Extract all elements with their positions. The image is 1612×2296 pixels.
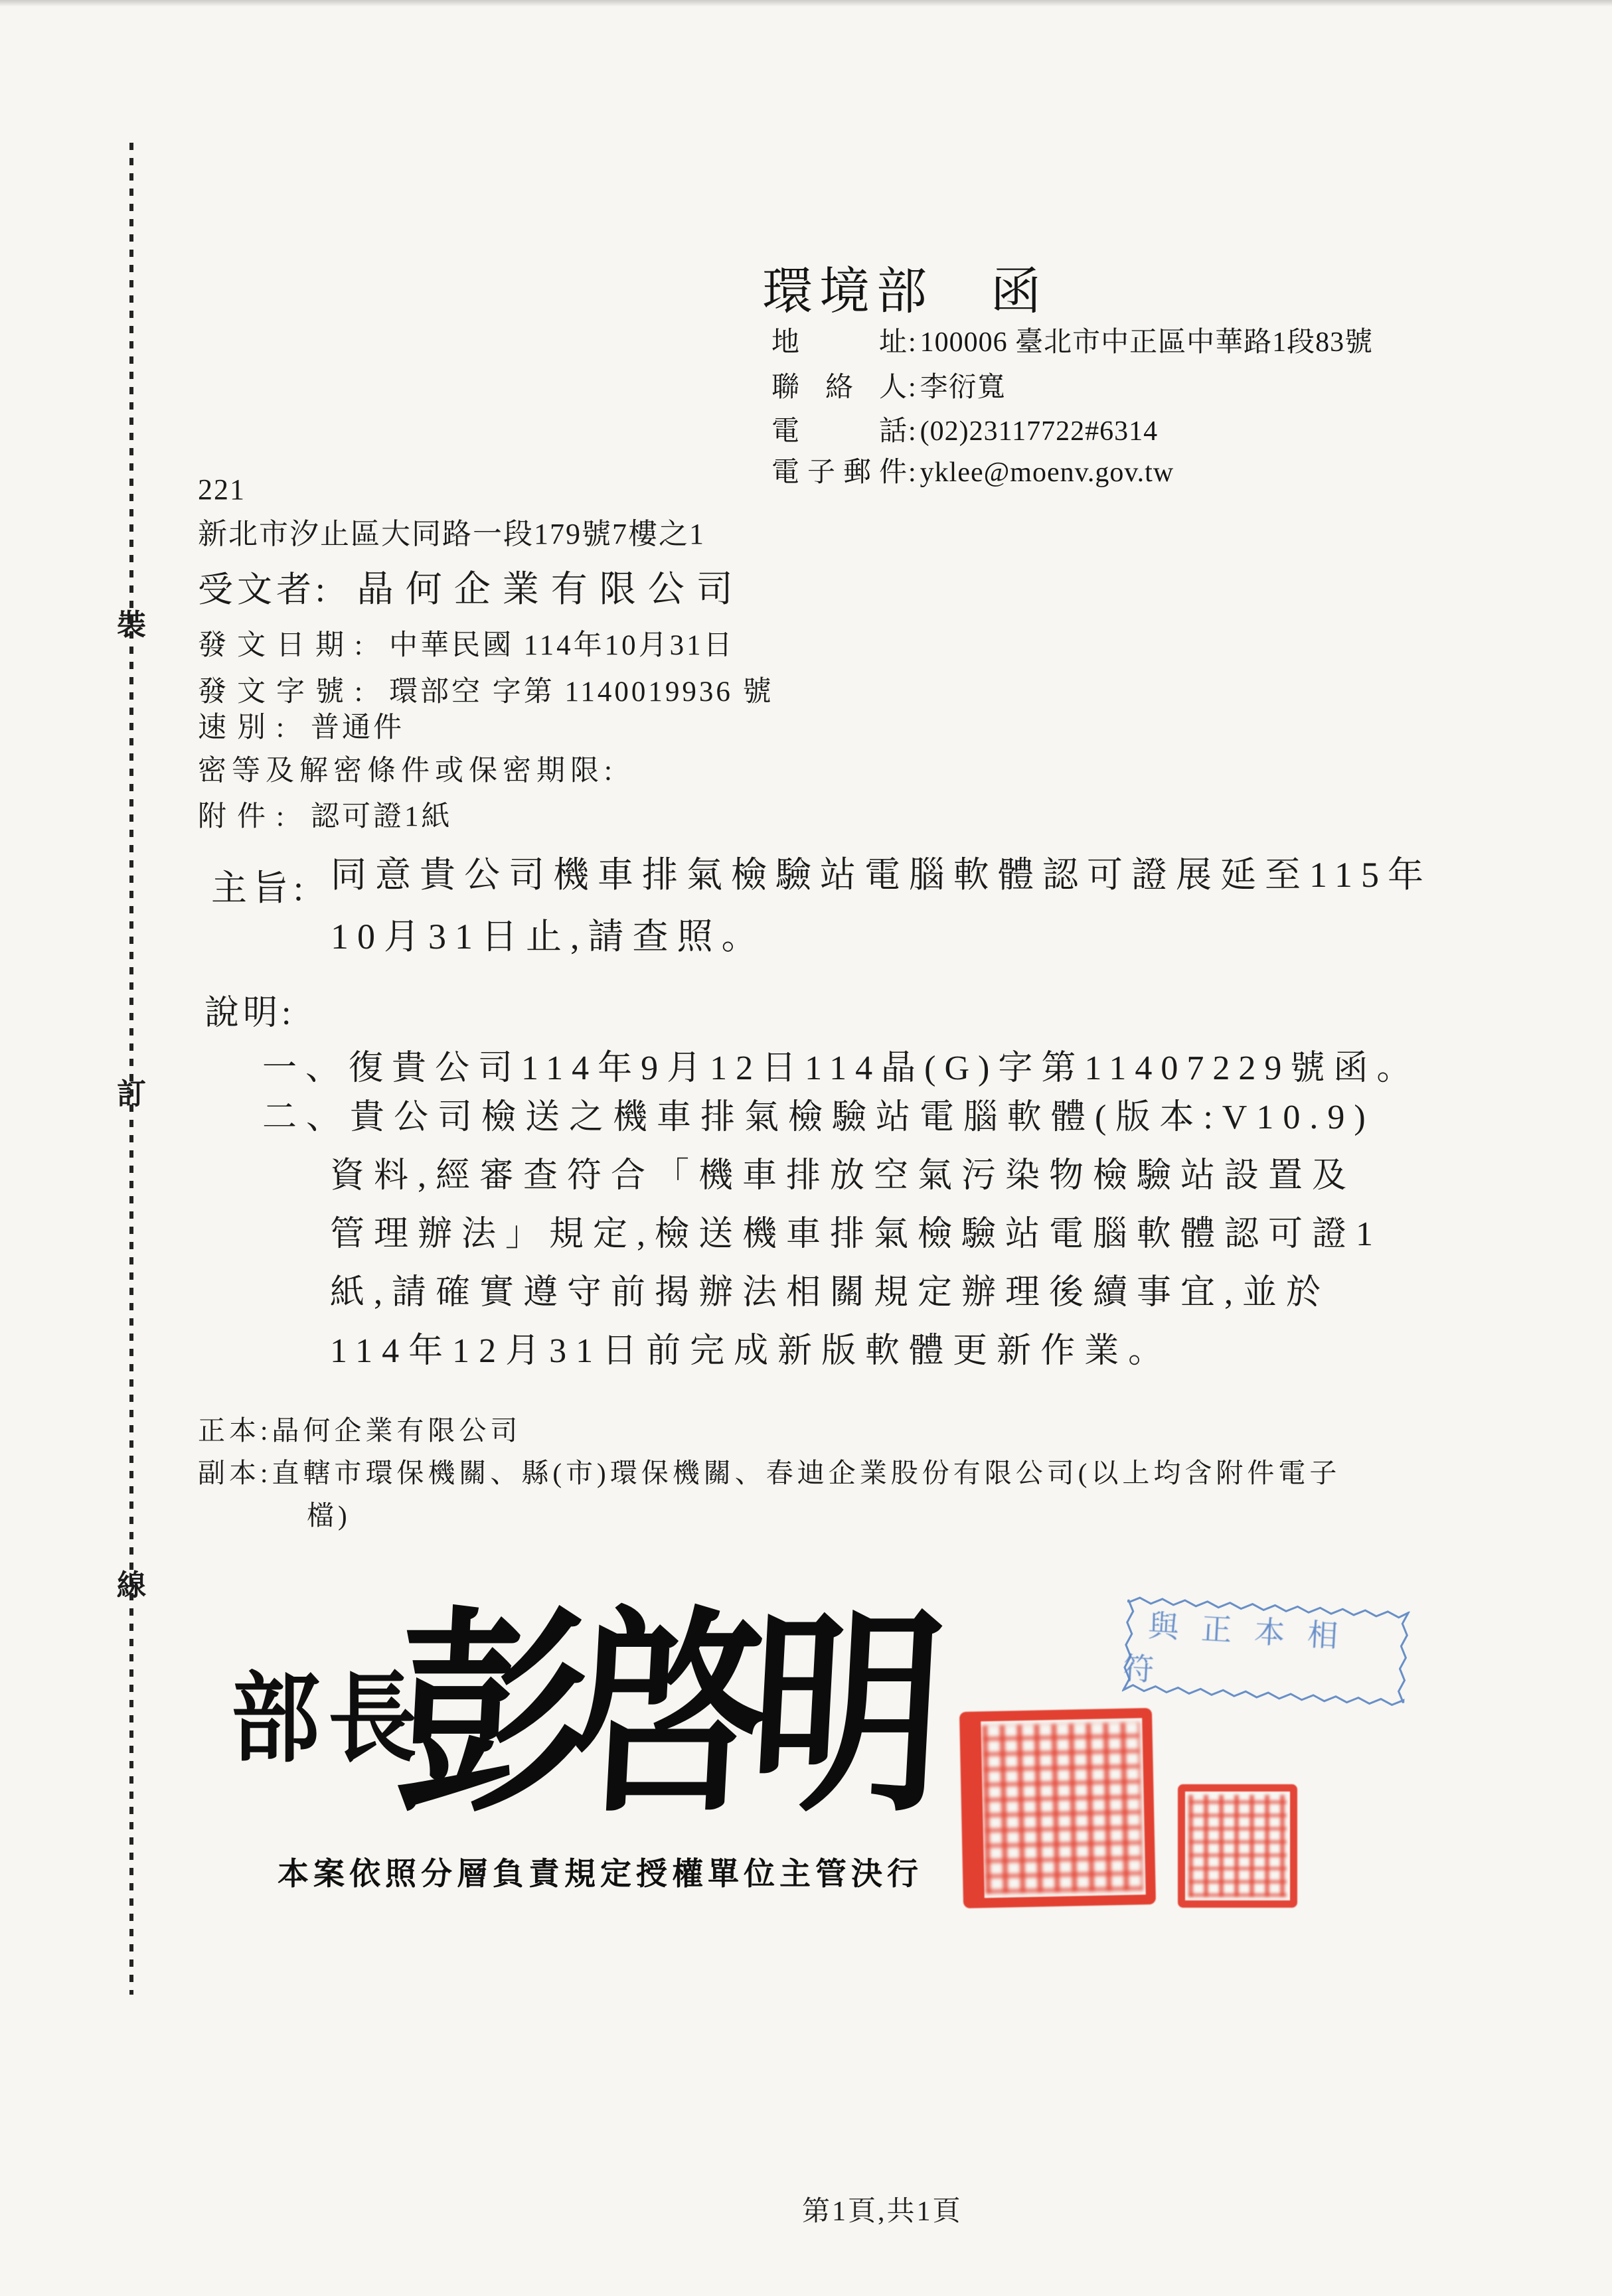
attachment-value: 認可證1紙 <box>311 801 453 832</box>
binding-mark-xian: 線 <box>112 1561 151 1604</box>
attachment-line: 附件:認可證1紙 <box>198 794 452 834</box>
carbon-copy-value-line-1: 直轄市環保機關、縣(市)環保機關、春迪企業股份有限公司(以上均含附件電子 <box>272 1458 1340 1488</box>
sender-address-label: 地址 <box>771 320 907 360</box>
minister-signature-calligraphy: 彭啓明 <box>390 1588 933 1848</box>
recipient-street-address: 新北市汐止區大同路一段179號7樓之1 <box>198 510 705 552</box>
sender-email-label: 電子郵件 <box>771 450 907 490</box>
reference-number-value: 環部空 字第 1140019936 號 <box>389 676 774 708</box>
official-red-seal-large-icon <box>959 1708 1156 1908</box>
scan-edge-shadow <box>0 0 1612 7</box>
explanation-label: 說明: <box>204 984 295 1034</box>
sender-contact-label: 聯絡人 <box>771 365 907 405</box>
security-class-line: 密等及解密條件或保密期限: <box>198 748 617 789</box>
carbon-copy-label: 副本: <box>198 1458 272 1488</box>
copy-match-stamp: 與正本相符 <box>1122 1596 1411 1709</box>
recipient-postal-code: 221 <box>198 473 246 506</box>
scanned-official-letter: 裝 訂 線 環境部 函 地址:100006 臺北市中正區中華路1段83號 聯絡人… <box>0 0 1612 2296</box>
speed-class-line: 速別:普通件 <box>198 705 404 745</box>
colon: : <box>908 372 916 404</box>
issue-date-line: 發文日期:中華民國 114年10月31日 <box>198 623 735 663</box>
seal-script-texture <box>982 1722 1143 1894</box>
recipient-label: 受文者: <box>198 571 329 609</box>
security-class-label: 密等及解密條件或保密期限: <box>198 755 617 787</box>
original-copy-line: 正本:晶何企業有限公司 <box>198 1409 521 1448</box>
reference-number-label: 發文字號: <box>198 676 373 708</box>
page-number-footer: 第1頁,共1頁 <box>802 2189 963 2229</box>
reference-number-line: 發文字號:環部空 字第 1140019936 號 <box>198 669 774 710</box>
explanation-item-2-line-4: 紙,請確實遵守前揭辦法相關規定辦理後續事宜,並於 <box>330 1264 1382 1322</box>
seal-script-texture <box>1188 1795 1287 1897</box>
sender-email-line: 電子郵件:yklee@moenv.gov.tw <box>771 450 1174 490</box>
original-copy-label: 正本: <box>198 1415 272 1446</box>
official-red-seal-small-icon <box>1178 1784 1297 1908</box>
colon: : <box>908 457 916 489</box>
issue-date-label: 發文日期: <box>198 630 373 661</box>
subject-label: 主旨: <box>211 860 309 911</box>
binding-mark-zhuang: 裝 <box>112 601 151 643</box>
binding-mark-ding: 訂 <box>112 1070 151 1112</box>
attachment-label: 附件: <box>198 801 295 832</box>
subject-line-2: 10月31日止,請查照。 <box>331 906 1432 968</box>
sender-phone-label: 電話 <box>771 409 907 449</box>
explanation-item-1: 一、復貴公司114年9月12日114晶(G)字第11407229號函。 <box>262 1039 1419 1089</box>
sender-email-value: yklee@moenv.gov.tw <box>920 457 1174 488</box>
subject-line-1: 同意貴公司機車排氣檢驗站電腦軟體認可證展延至115年 <box>331 844 1432 906</box>
recipient-name: 晶何企業有限公司 <box>357 569 745 609</box>
colon: : <box>908 416 916 447</box>
speed-class-label: 速別: <box>198 712 295 743</box>
binding-dotted-line <box>129 143 133 1995</box>
issue-date-value: 中華民國 114年10月31日 <box>389 630 735 661</box>
carbon-copy-value-line-2: 檔) <box>307 1493 351 1533</box>
sender-address-value: 100006 臺北市中正區中華路1段83號 <box>920 327 1374 358</box>
sender-phone-line: 電話:(02)23117722#6314 <box>771 409 1158 449</box>
carbon-copy-line: 副本:直轄市環保機關、縣(市)環保機關、春迪企業股份有限公司(以上均含附件電子 <box>198 1451 1340 1490</box>
colon: : <box>908 327 916 358</box>
explanation-item-2: 二、貴公司檢送之機車排氣檢驗站電腦軟體(版本:V10.9) 資料,經審查符合「機… <box>262 1089 1382 1381</box>
recipient-line: 受文者:晶何企業有限公司 <box>198 560 745 612</box>
explanation-item-2-line-1: 二、貴公司檢送之機車排氣檢驗站電腦軟體(版本:V10.9) <box>262 1089 1382 1147</box>
explanation-item-2-line-3: 管理辦法」規定,檢送機車排氣檢驗站電腦軟體認可證1 <box>330 1205 1382 1264</box>
subject-text: 同意貴公司機車排氣檢驗站電腦軟體認可證展延至115年 10月31日止,請查照。 <box>331 844 1432 968</box>
explanation-item-2-line-2: 資料,經審查符合「機車排放空氣污染物檢驗站設置及 <box>330 1147 1382 1205</box>
copy-match-stamp-text: 與正本相符 <box>1122 1596 1411 1709</box>
delegation-note: 本案依照分層負責規定授權單位主管決行 <box>278 1849 923 1894</box>
letter-title: 環境部 函 <box>762 251 1048 323</box>
sender-address-line: 地址:100006 臺北市中正區中華路1段83號 <box>771 320 1373 360</box>
speed-class-value: 普通件 <box>311 712 404 743</box>
sender-contact-line: 聯絡人:李衍寬 <box>771 365 1006 405</box>
original-copy-value: 晶何企業有限公司 <box>272 1415 521 1446</box>
sender-phone-value: (02)23117722#6314 <box>920 416 1158 447</box>
explanation-item-2-line-5: 114年12月31日前完成新版軟體更新作業。 <box>330 1322 1382 1381</box>
sender-contact-value: 李衍寬 <box>920 372 1006 403</box>
